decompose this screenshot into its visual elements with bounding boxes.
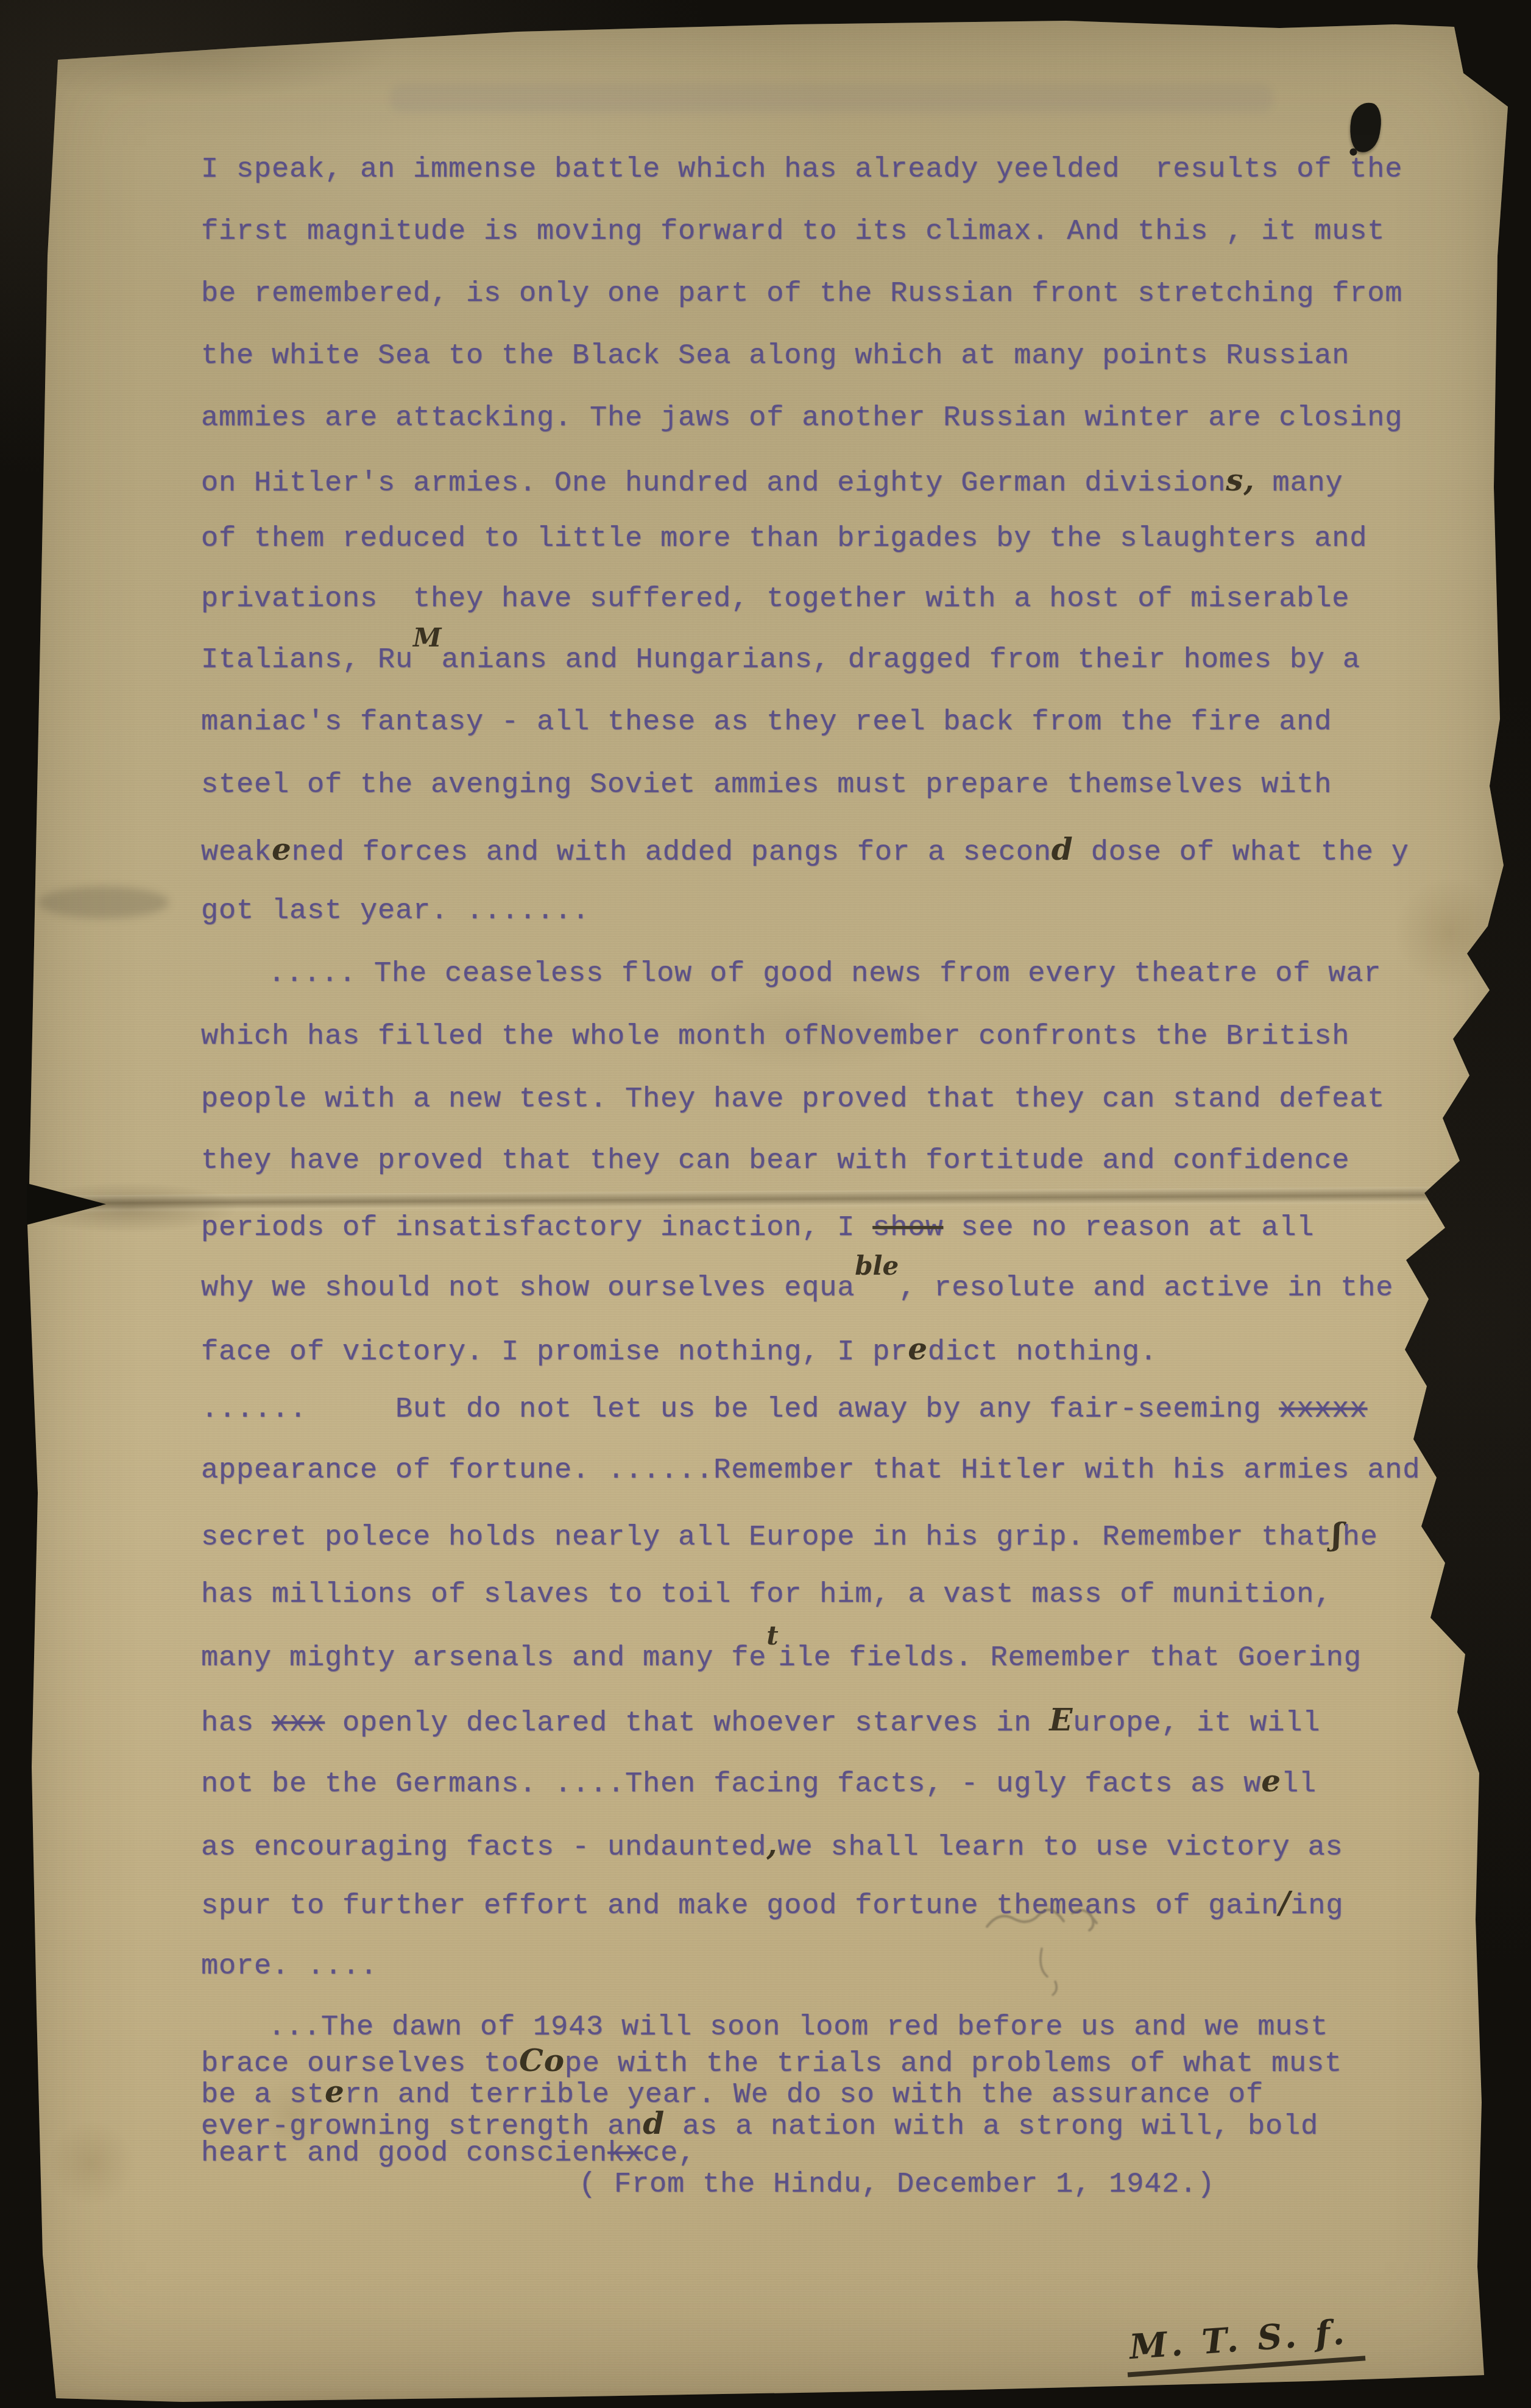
typed-line: first magnitude is moving forward to its… [201,216,1385,249]
handwritten-correction: t [766,1621,778,1651]
handwritten-correction: / [1279,1885,1290,1921]
scanned-document-page: { "colors": { "background": "#0d0c09", "… [0,0,1531,2408]
typed-line: I speak, an immense battle which has alr… [201,154,1402,186]
fold-crease [24,1187,1456,1214]
handwritten-correction: d [643,2105,665,2141]
typed-line: periods of insatisfactory inaction, I sh… [201,1213,1314,1245]
handwritten-correction: e [325,2073,345,2109]
typed-line: weakened forces and with added pangs for… [201,832,1409,869]
handwritten-correction: ble [855,1251,899,1281]
typed-line: more. .... [201,1951,378,1983]
handwritten-correction: M [413,623,442,653]
paper-sheet: I speak, an immense battle which has alr… [0,0,1531,2408]
handwritten-correction: show [872,1212,943,1244]
typed-line: maniac's fantasy - all these as they ree… [201,707,1332,739]
typed-line: ..... The ceaseless flow of good news fr… [268,958,1381,991]
typed-line: as encouraging facts - undaunted,we shal… [201,1827,1343,1864]
typed-line: they have proved that they can bear with… [201,1146,1349,1178]
typed-line: privations they have suffered, together … [201,584,1349,616]
handwritten-correction: , [766,1826,777,1862]
typed-line: face of victory. I promise nothing, I pr… [201,1332,1158,1369]
signature-initials: M. T. S. f. [1125,2311,1366,2377]
handwritten-correction: E [1049,1702,1073,1738]
typed-line: ammies are attacking. The jaws of anothe… [201,403,1402,435]
ink-ghost-impression [390,84,1273,112]
typed-line: got last year. ....... [201,896,590,928]
typed-line: steel of the avenging Soviet ammies must… [201,770,1332,802]
typed-line: ...The dawn of 1943 will soon loom red b… [268,2012,1328,2044]
handwritten-correction: s, [1226,462,1254,498]
typed-line: ...... But do not let us be led away by … [201,1394,1367,1426]
handwritten-correction: xxxxx [1279,1393,1367,1426]
handwritten-correction: ʃ [1332,1516,1342,1552]
typed-line: spur to further effort and make good for… [201,1886,1343,1923]
typed-line: of them reduced to little more than brig… [201,523,1367,556]
typed-line: many mighty arsenals and many fetile fie… [201,1642,1362,1675]
handwritten-correction: e [272,831,292,867]
handwritten-correction: d [1052,831,1073,867]
handwritten-correction: kx [607,2137,643,2170]
typed-line: secret polece holds nearly all Europe in… [201,1517,1378,1554]
typed-line: not be the Germans. ....Then facing fact… [201,1764,1317,1801]
typed-line: heart and good conscienkxce, [201,2138,696,2170]
pencil-smudge [38,887,169,918]
typed-line: on Hitler's armies. One hundred and eigh… [201,463,1343,500]
typed-line: has xxx openly declared that whoever sta… [201,1703,1320,1740]
citation-line: ( From the Hindu, December 1, 1942.) [579,2169,1215,2201]
handwritten-correction: e [1261,1763,1281,1799]
typed-line: people with a new test. They have proved… [201,1084,1385,1116]
typed-line: the white Sea to the Black Sea along whi… [201,341,1349,373]
handwritten-correction: e [908,1331,928,1367]
typed-line: has millions of slaves to toil for him, … [201,1579,1332,1612]
typed-line: why we should not show ourselves equable… [201,1272,1393,1305]
typed-line: be remembered, is only one part of the R… [201,278,1402,311]
typed-line: Italians, RuManians and Hungarians, drag… [201,644,1360,677]
ink-blot [1346,101,1384,155]
handwritten-correction: xxx [272,1707,325,1740]
handwritten-correction: Co [519,2042,565,2078]
typed-line: appearance of fortune. ......Remember th… [201,1455,1420,1487]
typed-line: which has filled the whole month ofNovem… [201,1021,1349,1053]
pencil-annotation [970,1890,1134,2000]
